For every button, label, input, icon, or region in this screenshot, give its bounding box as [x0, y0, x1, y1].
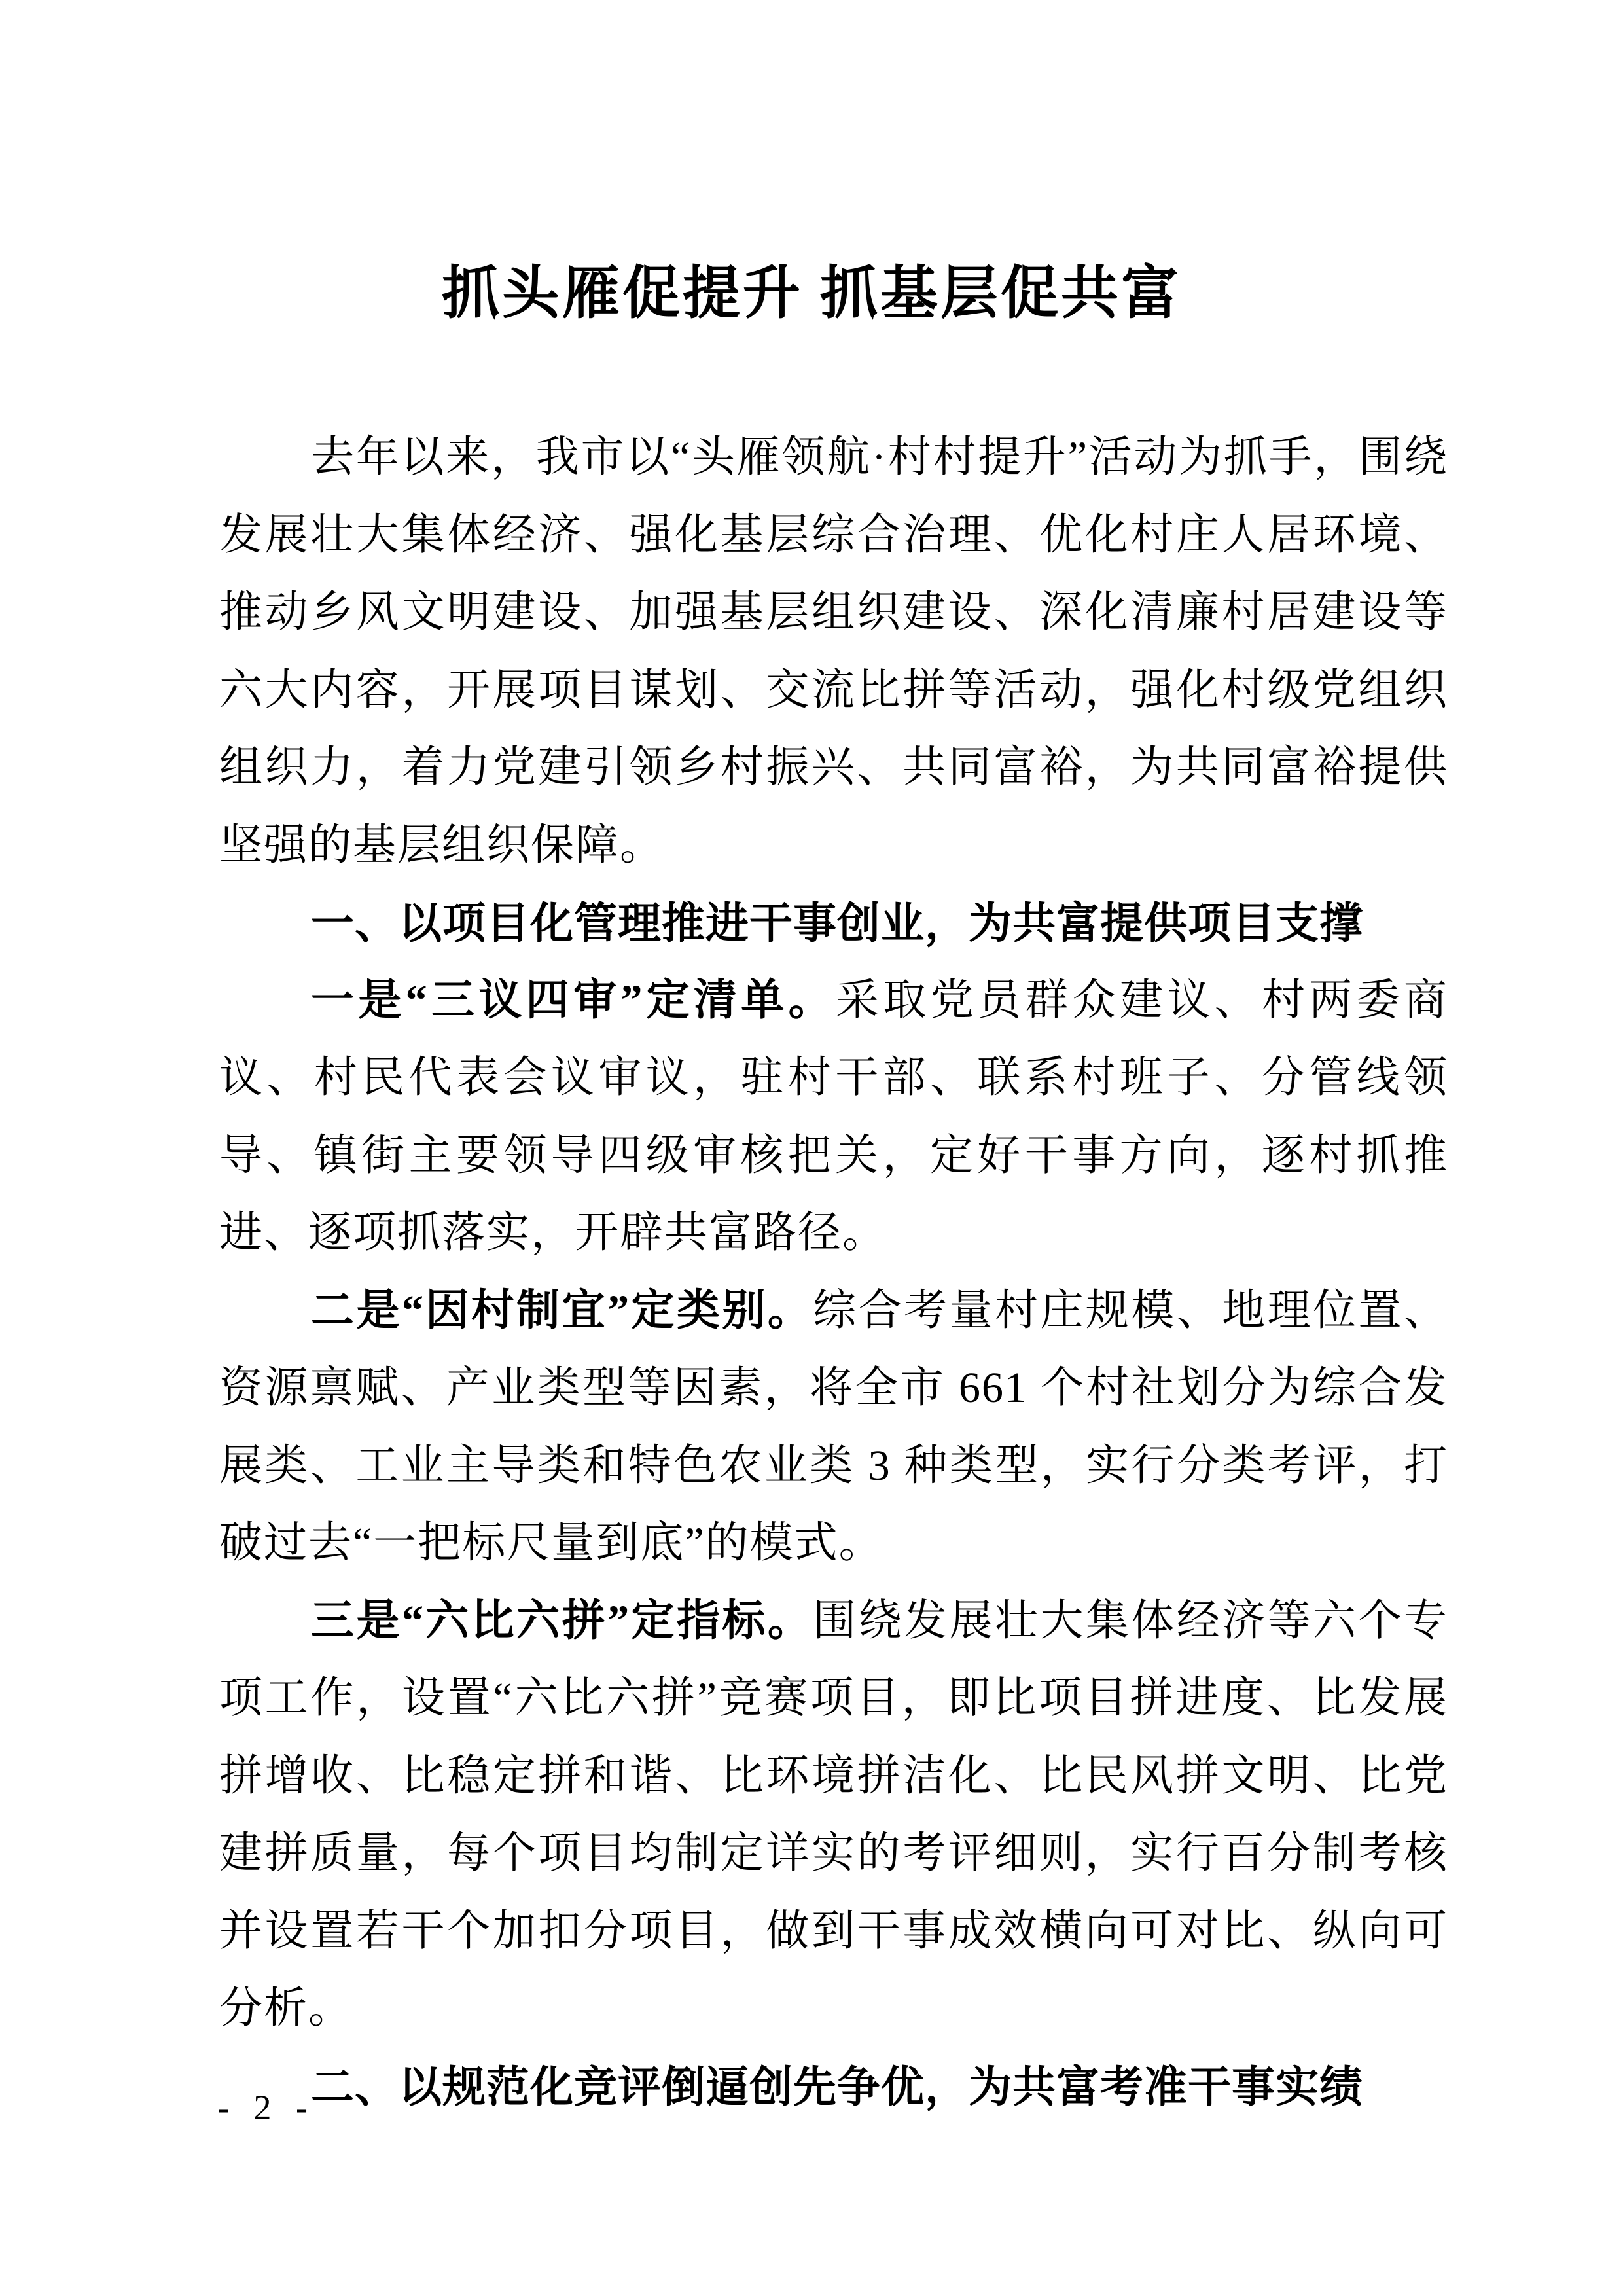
paragraph-text: 二、以规范化竞评倒逼创先争优，为共富考准干事实绩 [311, 2062, 1363, 2111]
paragraph: 二是“因村制宜”定类别。综合考量村庄规模、地理位置、资源禀赋、产业类型等因素，将… [219, 1272, 1448, 1583]
paragraph-lead: 三是“六比六拼”定指标。 [311, 1597, 813, 1645]
paragraph: 一是“三议四审”定清单。采取党员群众建议、村两委商议、村民代表会议审议，驻村干部… [219, 962, 1448, 1272]
paragraph: 去年以来，我市以“头雁领航·村村提升”活动为抓手，围绕发展壮大集体经济、强化基层… [219, 419, 1448, 884]
section-heading: 一、以项目化管理推进干事创业，为共富提供项目支撑 [219, 884, 1448, 962]
paragraph-lead: 二是“因村制宜”定类别。 [311, 1287, 813, 1335]
paragraph-text: 去年以来，我市以“头雁领航·村村提升”活动为抓手，围绕发展壮大集体经济、强化基层… [219, 433, 1448, 869]
paragraph-text: 一、以项目化管理推进干事创业，为共富提供项目支撑 [311, 899, 1363, 947]
paragraph: 三是“六比六拼”定指标。围绕发展壮大集体经济等六个专项工作，设置“六比六拼”竞赛… [219, 1583, 1448, 2048]
page-number: - 2 - [217, 2088, 315, 2127]
paragraph-lead: 一是“三议四审”定清单。 [311, 977, 836, 1024]
section-heading: 二、以规范化竞评倒逼创先争优，为共富考准干事实绩 [219, 2048, 1448, 2126]
paragraph-text: 围绕发展壮大集体经济等六个专项工作，设置“六比六拼”竞赛项目，即比项目拼进度、比… [219, 1597, 1448, 2033]
document-body: 去年以来，我市以“头雁领航·村村提升”活动为抓手，围绕发展壮大集体经济、强化基层… [219, 419, 1448, 2125]
document-page: 抓头雁促提升 抓基层促共富 去年以来，我市以“头雁领航·村村提升”活动为抓手，围… [0, 0, 1623, 2296]
document-title: 抓头雁促提升 抓基层促共富 [0, 260, 1623, 329]
